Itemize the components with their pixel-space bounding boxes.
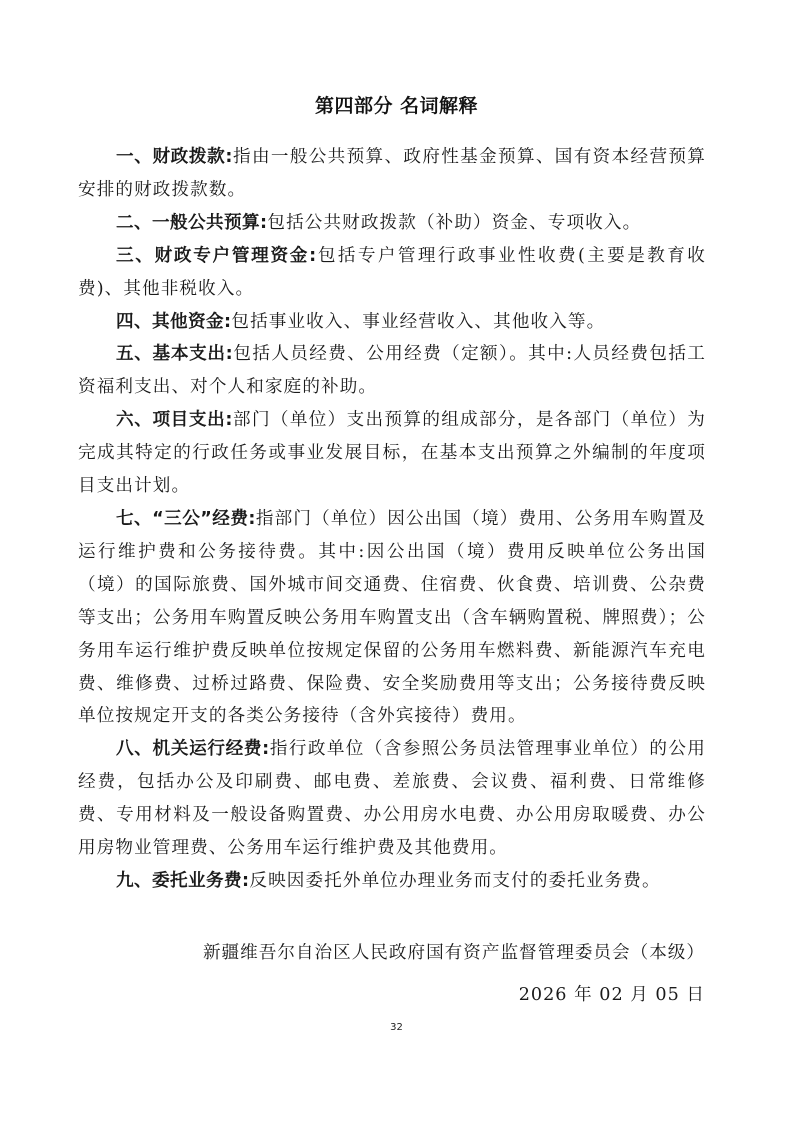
definition-term: 三、财政专户管理资金: <box>116 246 317 266</box>
definition-5: 五、基本支出:包括人员经费、公用经费（定额）。其中:人员经费包括工资福利支出、对… <box>78 338 706 404</box>
definition-8: 八、机关运行经费:指行政单位（含参照公务员法管理事业单位）的公用经费，包括办公及… <box>78 733 706 865</box>
definition-1: 一、财政拨款:指由一般公共预算、政府性基金预算、国有资本经营预算安排的财政拨款数… <box>78 141 706 207</box>
definition-term: 二、一般公共预算: <box>116 213 267 233</box>
definition-6: 六、项目支出:部门（单位）支出预算的组成部分，是各部门（单位）为完成其特定的行政… <box>78 404 706 503</box>
definition-term: 一、财政拨款: <box>116 147 233 167</box>
definition-term: 六、项目支出: <box>116 410 233 430</box>
definition-7: 七、“三公”经费:指部门（单位）因公出国（境）费用、公务用车购置及运行维护费和公… <box>78 503 706 733</box>
definition-term: 五、基本支出: <box>116 344 233 364</box>
definition-3: 三、财政专户管理资金:包括专户管理行政事业性收费(主要是教育收费)、其他非税收入… <box>78 240 706 306</box>
definition-4: 四、其他资金:包括事业收入、事业经营收入、其他收入等。 <box>78 306 706 339</box>
definition-2: 二、一般公共预算:包括公共财政拨款（补助）资金、专项收入。 <box>78 207 706 240</box>
signature-organization: 新疆维吾尔自治区人民政府国有资产监督管理委员会（本级） <box>203 940 705 966</box>
definition-term: 四、其他资金: <box>116 312 231 332</box>
definition-term: 九、委托业务费: <box>116 871 249 891</box>
definition-text: 包括公共财政拨款（补助）资金、专项收入。 <box>267 213 641 233</box>
signature-date: 2026 年 02 月 05 日 <box>519 982 705 1008</box>
definition-text: 包括事业收入、事业经营收入、其他收入等。 <box>231 312 605 332</box>
definitions-list: 一、财政拨款:指由一般公共预算、政府性基金预算、国有资本经营预算安排的财政拨款数… <box>78 141 706 898</box>
page-title: 第四部分 名词解释 <box>0 93 793 119</box>
definition-text: 反映因委托外单位办理业务而支付的委托业务费。 <box>249 871 660 891</box>
document-page: 第四部分 名词解释 一、财政拨款:指由一般公共预算、政府性基金预算、国有资本经营… <box>0 0 793 1122</box>
definition-9: 九、委托业务费:反映因委托外单位办理业务而支付的委托业务费。 <box>78 865 706 898</box>
definition-term: 八、机关运行经费: <box>116 739 270 759</box>
definition-term: 七、“三公”经费: <box>116 509 256 529</box>
page-number: 32 <box>0 1022 793 1033</box>
definition-text: 指部门（单位）因公出国（境）费用、公务用车购置及运行维护费和公务接待费。其中:因… <box>78 509 706 726</box>
